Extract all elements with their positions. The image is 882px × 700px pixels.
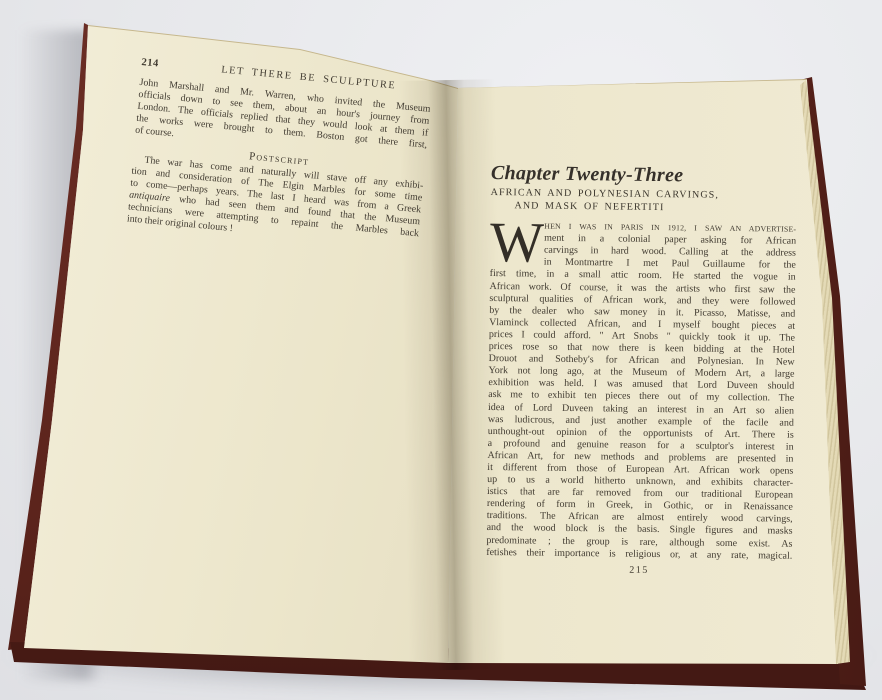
chapter-subtitle-line2: AND MASK OF NEFERTITI: [514, 200, 796, 216]
body-lines: HEN I WAS IN PARIS IN 1912, I SAW AN ADV…: [486, 220, 796, 562]
chapter-title: Chapter Twenty-Three: [491, 167, 797, 183]
right-page-content: Chapter Twenty-Three AFRICAN AND POLYNES…: [486, 167, 797, 579]
drop-cap: W: [490, 220, 545, 269]
left-page-content: 214 LET THERE BE SCULPTURE John Marshall…: [126, 57, 432, 252]
body-paragraph: W HEN I WAS IN PARIS IN 1912, I SAW AN A…: [486, 220, 796, 562]
book-photo: 214 LET THERE BE SCULPTURE John Marshall…: [0, 0, 882, 700]
text-line: fetishes their importance is religious o…: [486, 547, 792, 563]
